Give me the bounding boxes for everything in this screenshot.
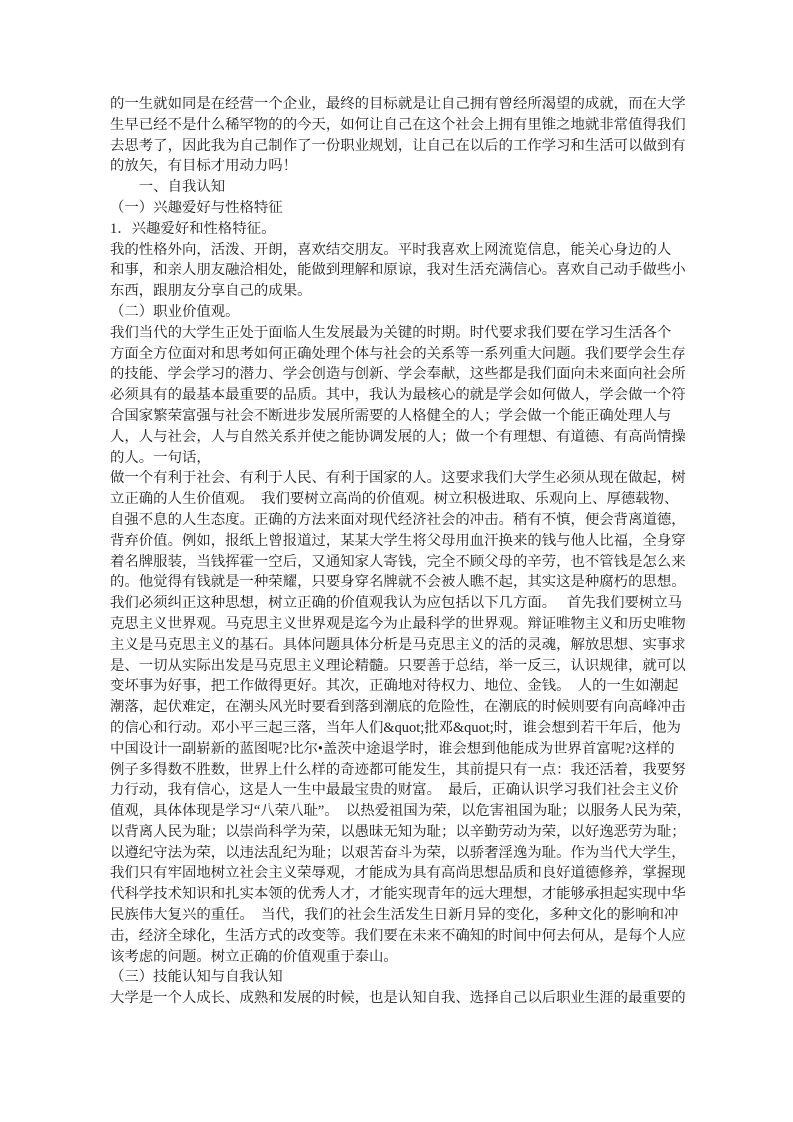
document-page: 的一生就如同是在经营一个企业，最终的目标就是让自己拥有曾经所渴望的成就，而在大学… [0,0,793,1122]
text-line: 立正确的人生价值观。 我们要树立高尚的价值观。树立积极进取、乐观向上、厚德载物、 [110,489,700,510]
text-line: 必须具有的最基本最重要的品质。其中，我认为最核心的就是学会如何做人，学会做一个符 [110,385,700,406]
text-line: 我的性格外向，活泼、开朗，喜欢结交朋友。平时我喜欢上网流览信息，能关心身边的人 [110,240,700,261]
document-body: 的一生就如同是在经营一个企业，最终的目标就是让自己拥有曾经所渴望的成就，而在大学… [110,94,700,1009]
text-line: 中国设计一副崭新的蓝图呢?比尔•盖茨中途退学时，谁会想到他能成为世界首富呢?这样… [110,739,700,760]
text-line: （三）技能认知与自我认知 [110,967,700,988]
text-line: 民族伟大复兴的重任。 当代，我们的社会生活发生日新月异的变化，多种文化的影响和冲 [110,905,700,926]
text-line: 以遵纪守法为荣，以违法乱纪为耻；以艰苦奋斗为荣，以骄奢淫逸为耻。作为当代大学生， [110,843,700,864]
text-line: 着名牌服装，当钱挥霍一空后，又通知家人寄钱，完全不顾父母的辛劳，也不管钱是怎么来 [110,552,700,573]
text-line: 变坏事为好事，把工作做得更好。其次，正确地对待权力、地位、金钱。 人的一生如潮起 [110,676,700,697]
text-line: 该考虑的问题。树立正确的价值观重于泰山。 [110,947,700,968]
text-line: 的一生就如同是在经营一个企业，最终的目标就是让自己拥有曾经所渴望的成就，而在大学 [110,94,700,115]
text-line: 大学是一个人成长、成熟和发展的时候，也是认知自我、选择自己以后职业生涯的最重要的 [110,988,700,1009]
text-line: （二）职业价值观。 [110,302,700,323]
text-line: 的信心和行动。邓小平三起三落，当年人们&quot;批邓&quot;时，谁会想到若… [110,718,700,739]
text-line: 值观，具体体现是学习“八荣八耻”。 以热爱祖国为荣，以危害祖国为耻；以服务人民为… [110,801,700,822]
text-line: 力行动，我有信心，这是人一生中最最宝贵的财富。 最后，正确认识学习我们社会主义价 [110,780,700,801]
text-line: 东西，跟朋友分享自己的成果。 [110,281,700,302]
text-line: 1．兴趣爱好和性格特征。 [110,219,700,240]
text-line: 的技能、学会学习的潜力、学会创造与创新、学会奉献，这些都是我们面向未来面向社会所 [110,364,700,385]
text-line: 合国家繁荣富强与社会不断进步发展所需要的人格健全的人；学会做一个能正确处理人与 [110,406,700,427]
text-line: 主义是马克思主义的基石。具体问题具体分析是马克思主义的活的灵魂，解放思想、实事求 [110,635,700,656]
text-line: 以背离人民为耻；以崇尚科学为荣，以愚昧无知为耻；以辛勤劳动为荣，以好逸恶劳为耻； [110,822,700,843]
text-line: 我们当代的大学生正处于面临人生发展最为关键的时期。时代要求我们要在学习生活各个 [110,323,700,344]
text-line: 我们必须纠正这种思想，树立正确的价值观我认为应包括以下几方面。 首先我们要树立马 [110,593,700,614]
text-line: 是、一切从实际出发是马克思主义理论精髓。只要善于总结，举一反三，认识规律，就可以 [110,656,700,677]
text-line: 代科学技术知识和扎实本领的优秀人才，才能实现青年的远大理想，才能够承担起实现中华 [110,884,700,905]
text-line: 的人。一句话， [110,448,700,469]
text-line: 的放矢，有目标才用动力吗！ [110,156,700,177]
text-line: 一、自我认知 [110,177,700,198]
text-line: 做一个有利于社会、有利于人民、有利于国家的人。这要求我们大学生必须从现在做起，树 [110,468,700,489]
text-line: 去思考了，因此我为自己制作了一份职业规划，让自己在以后的工作学习和生活可以做到有 [110,136,700,157]
text-line: （一）兴趣爱好与性格特征 [110,198,700,219]
text-line: 我们只有牢固地树立社会主义荣辱观，才能成为具有高尚思想品质和良好道德修养，掌握现 [110,863,700,884]
text-line: 潮落，起伏难定，在潮头风光时要看到落到潮底的危险性，在潮底的时候则要有向高峰冲击 [110,697,700,718]
text-line: 和事，和亲人朋友融洽相处，能做到理解和原谅，我对生活充满信心。喜欢自己动手做些小 [110,260,700,281]
text-line: 生早已经不是什么稀罕物的的今天，如何让自己在这个社会上拥有里锥之地就非常值得我们 [110,115,700,136]
text-line: 克思主义世界观。马克思主义世界观是迄今为止最科学的世界观。辩证唯物主义和历史唯物 [110,614,700,635]
text-line: 击，经济全球化，生活方式的改变等。我们要在未来不确知的时间中何去何从，是每个人应 [110,926,700,947]
text-line: 方面全方位面对和思考如何正确处理个体与社会的关系等一系列重大问题。我们要学会生存 [110,344,700,365]
text-line: 自强不息的人生态度。正确的方法来面对现代经济社会的冲击。稍有不慎，便会背离道德， [110,510,700,531]
text-line: 人，人与社会，人与自然关系并使之能协调发展的人；做一个有理想、有道德、有高尚情操 [110,427,700,448]
text-line: 的。他觉得有钱就是一种荣耀，只要身穿名牌就不会被人瞧不起，其实这是种腐朽的思想。 [110,572,700,593]
text-line: 例子多得数不胜数，世界上什么样的奇迹都可能发生，其前提只有一点：我还活着，我要努 [110,760,700,781]
text-line: 背弃价值。例如，报纸上曾报道过，某某大学生将父母用血汗换来的钱与他人比福，全身穿 [110,531,700,552]
